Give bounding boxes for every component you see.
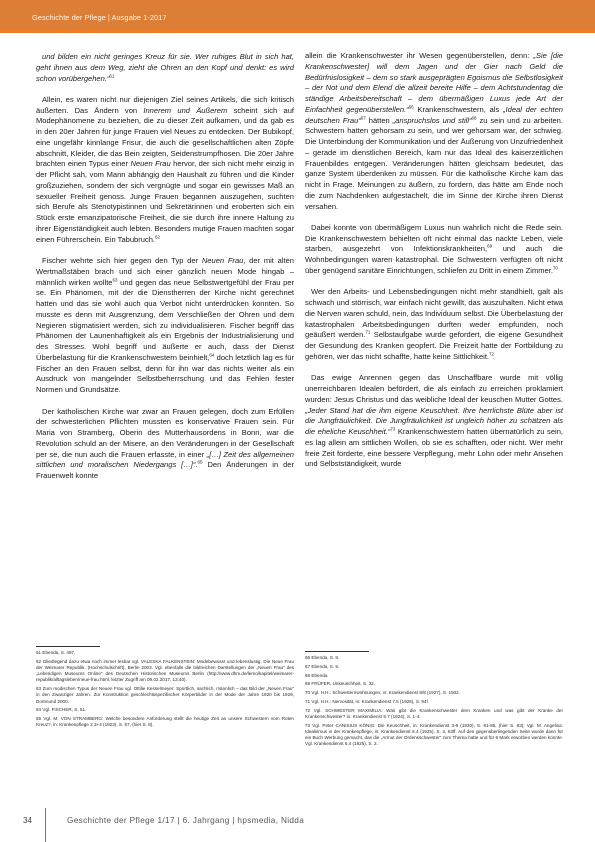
footnote-reference[interactable]: 72 — [489, 351, 494, 356]
footnote: 73 Vgl. Peter CANISIUS KÖNIG: Die Keusch… — [305, 723, 563, 748]
page-number: 34 — [23, 816, 32, 825]
footnote-text: Zum modischen Typus der Neuen Frau vgl. … — [36, 686, 294, 703]
footnote-reference[interactable]: 70 — [553, 265, 558, 270]
footnote: 65 Vgl. M. VON STRAMBERG: Welche besonde… — [36, 716, 294, 728]
footnote: 63 Zum modischen Typus der Neuen Frau vg… — [36, 686, 294, 705]
footnote-divider-right — [305, 651, 369, 652]
footnote-number: 62 — [36, 659, 43, 664]
body-paragraph: Fischer wehrte sich hier gegen den Typ d… — [36, 256, 294, 396]
footnote-reference[interactable]: 66 — [409, 104, 414, 109]
footnote-reference[interactable]: 71 — [365, 330, 370, 335]
footnote: 69 FRÜFER, Unkeuschheit, S. 32. — [305, 681, 563, 687]
footnote-reference[interactable]: 67 — [361, 115, 366, 120]
footnote: 67 Ebenda, S. 9. — [305, 664, 563, 670]
footnotes-right: 66 Ebenda, S. 8.67 Ebenda, S. 9.68 Ebend… — [305, 655, 563, 750]
footnote: 72 Vgl. SCHWESTER MAXIMILIA: Was gibt di… — [305, 708, 563, 720]
footnote: 70 Vgl. H.H.: Schwesternwohnungen, in: K… — [305, 690, 563, 696]
footnote: 66 Ebenda, S. 8. — [305, 655, 563, 661]
right-text-column: allein die Krankenschwester ihr Wesen ge… — [305, 51, 563, 481]
footnote-text: Vgl. H.H.: Nervosität, in: Krankendienst… — [311, 699, 429, 704]
footnote-number: 63 — [36, 686, 43, 691]
footer-publication-info: Geschichte der Pflege 1/17 | 6. Jahrgang… — [67, 816, 304, 825]
body-paragraph: allein die Krankenschwester ihr Wesen ge… — [305, 51, 563, 212]
left-text-column: und bilden ein nicht geringes Kreuz für … — [36, 52, 294, 493]
footnote-text: FRÜFER, Unkeuschheit, S. 32. — [311, 681, 375, 686]
footnote-text: Ebenda, S. 8. — [311, 655, 339, 660]
footnote: 62 Oliedlegend dazu etwa noch immer lesb… — [36, 659, 294, 684]
body-paragraph: Das ewige Anrennen gegen das Unschaffbar… — [305, 373, 563, 470]
footnotes-left: 61 Ebenda, S. 497.62 Oliedlegend dazu et… — [36, 650, 294, 731]
footnote-number: 72 — [305, 708, 314, 713]
footnote-text: Vgl. FISCHER, S. 51. — [42, 707, 86, 712]
footnote-text: Ebenda, S. 497. — [42, 650, 75, 655]
body-paragraph: Allein, es waren nicht nur diejenigen Zi… — [36, 95, 294, 246]
footnote-reference[interactable]: 61 — [109, 73, 114, 78]
footnote-text: Vgl. Peter CANISIUS KÖNIG: Die Keuschhei… — [305, 723, 563, 747]
footnote-text: Vgl. H.H.: Schwesternwohnungen, in: Kran… — [311, 690, 460, 695]
footnote-text: Vgl. M. VON STRAMBERG: Welche besondere … — [36, 716, 294, 727]
footnote-text: Oliedlegend dazu etwa noch immer lesbar … — [36, 659, 294, 683]
body-paragraph: und bilden ein nicht geringes Kreuz für … — [36, 52, 294, 84]
footer-divider — [45, 808, 46, 842]
footnote-reference[interactable]: 62 — [155, 234, 160, 239]
footnote-text: Ebenda. — [311, 673, 328, 678]
body-paragraph: Dabei konnte von übermäßigem Luxus nun w… — [305, 223, 563, 277]
body-paragraph: Der katholischen Kirche war zwar an Frau… — [36, 407, 294, 482]
running-header-title: Geschichte der Pflege | Ausgabe 1-2017 — [32, 13, 166, 22]
footnote-text: Vgl. SCHWESTER MAXIMILIA: Was gibt die K… — [305, 708, 563, 719]
footnote-reference[interactable]: 68 — [472, 115, 477, 120]
footnote: 61 Ebenda, S. 497. — [36, 650, 294, 656]
footnote-reference[interactable]: 69 — [487, 244, 492, 249]
footnote-reference[interactable]: 64 — [209, 352, 214, 357]
body-paragraph: Wer den Arbeits- und Lebensbedingungen n… — [305, 287, 563, 362]
footnote-text: Ebenda, S. 9. — [311, 664, 339, 669]
footnote: 64 Vgl. FISCHER, S. 51. — [36, 707, 294, 713]
footnote-reference[interactable]: 63 — [113, 277, 118, 282]
header-band: Geschichte der Pflege | Ausgabe 1-2017 — [0, 0, 595, 33]
footnote: 68 Ebenda. — [305, 673, 563, 679]
footnote-reference[interactable]: 65 — [198, 460, 203, 465]
footnote: 71 Vgl. H.H.: Nervosität, in: Krankendie… — [305, 699, 563, 705]
footnote-divider-left — [36, 646, 100, 647]
footnote-reference[interactable]: 73 — [390, 427, 395, 432]
